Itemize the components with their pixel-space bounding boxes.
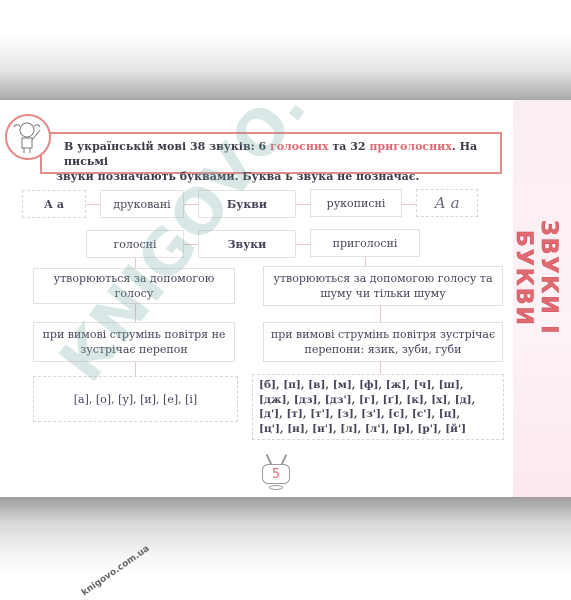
connector [184,204,198,205]
connector [135,258,136,268]
page-number-tv-icon: 5 [258,454,294,494]
connector [380,362,381,374]
connector [135,362,136,376]
consonants-formation: утворюються за допомогою голосу та шуму … [263,266,503,306]
background-shadow-top [0,0,571,100]
consonants-airflow: при вимові струмінь повітря зустрічає пе… [263,322,503,362]
page-number: 5 [262,464,290,484]
intro-rule-box: В українській мові 38 звуків: 6 голосних… [40,132,502,174]
textbook-page: ЗВУКИ І БУКВИ В українській мові 38 звук… [0,100,571,497]
sounds-node: Звуки [198,230,296,258]
connector [135,304,136,322]
vowels-highlight: голосних [270,140,329,153]
consonants-line: [ц'], [н], [н'], [л], [л'], [р], [р'], [… [259,422,466,437]
connector [402,204,416,205]
section-title: ЗВУКИ І БУКВИ [525,188,561,368]
letters-node: Букви [198,190,296,218]
intro-line-2: звуки позначають буквами. Буква ь звука … [56,169,490,184]
connector [380,306,381,322]
printed-label: друковані [100,190,184,218]
consonants-highlight: приголосних [369,140,452,153]
connector [184,244,198,245]
consonants-line: [б], [п], [в], [м], [ф], [ж], [ч], [ш], [259,378,463,393]
vowels-label: голосні [86,230,184,258]
printed-sample: А а [22,190,86,218]
handwritten-sample: А а [416,189,478,217]
consonants-line: [д'], [т], [т'], [з], [з'], [с], [с'], [… [259,407,460,422]
vowels-airflow: при вимові струмінь повітря не зустрічає… [33,322,235,362]
vowels-list: [а], [о], [у], [и], [е], [і] [33,376,238,422]
consonants-line: [дж], [дз], [дз'], [г], [ґ], [к], [х], [… [259,393,475,408]
vowels-formation: утворюються за допомогою голосу [33,268,235,304]
connector [296,204,310,205]
consonants-label: приголосні [310,229,420,257]
handwritten-label: рукописні [310,189,402,217]
connector [86,204,100,205]
consonants-list: [б], [п], [в], [м], [ф], [ж], [ч], [ш], … [252,374,504,440]
child-mascot-icon [5,114,51,160]
side-strip: ЗВУКИ І БУКВИ [513,100,571,497]
intro-line-1: В українській мові 38 звуків: 6 голосних… [56,139,490,169]
connector [296,244,310,245]
